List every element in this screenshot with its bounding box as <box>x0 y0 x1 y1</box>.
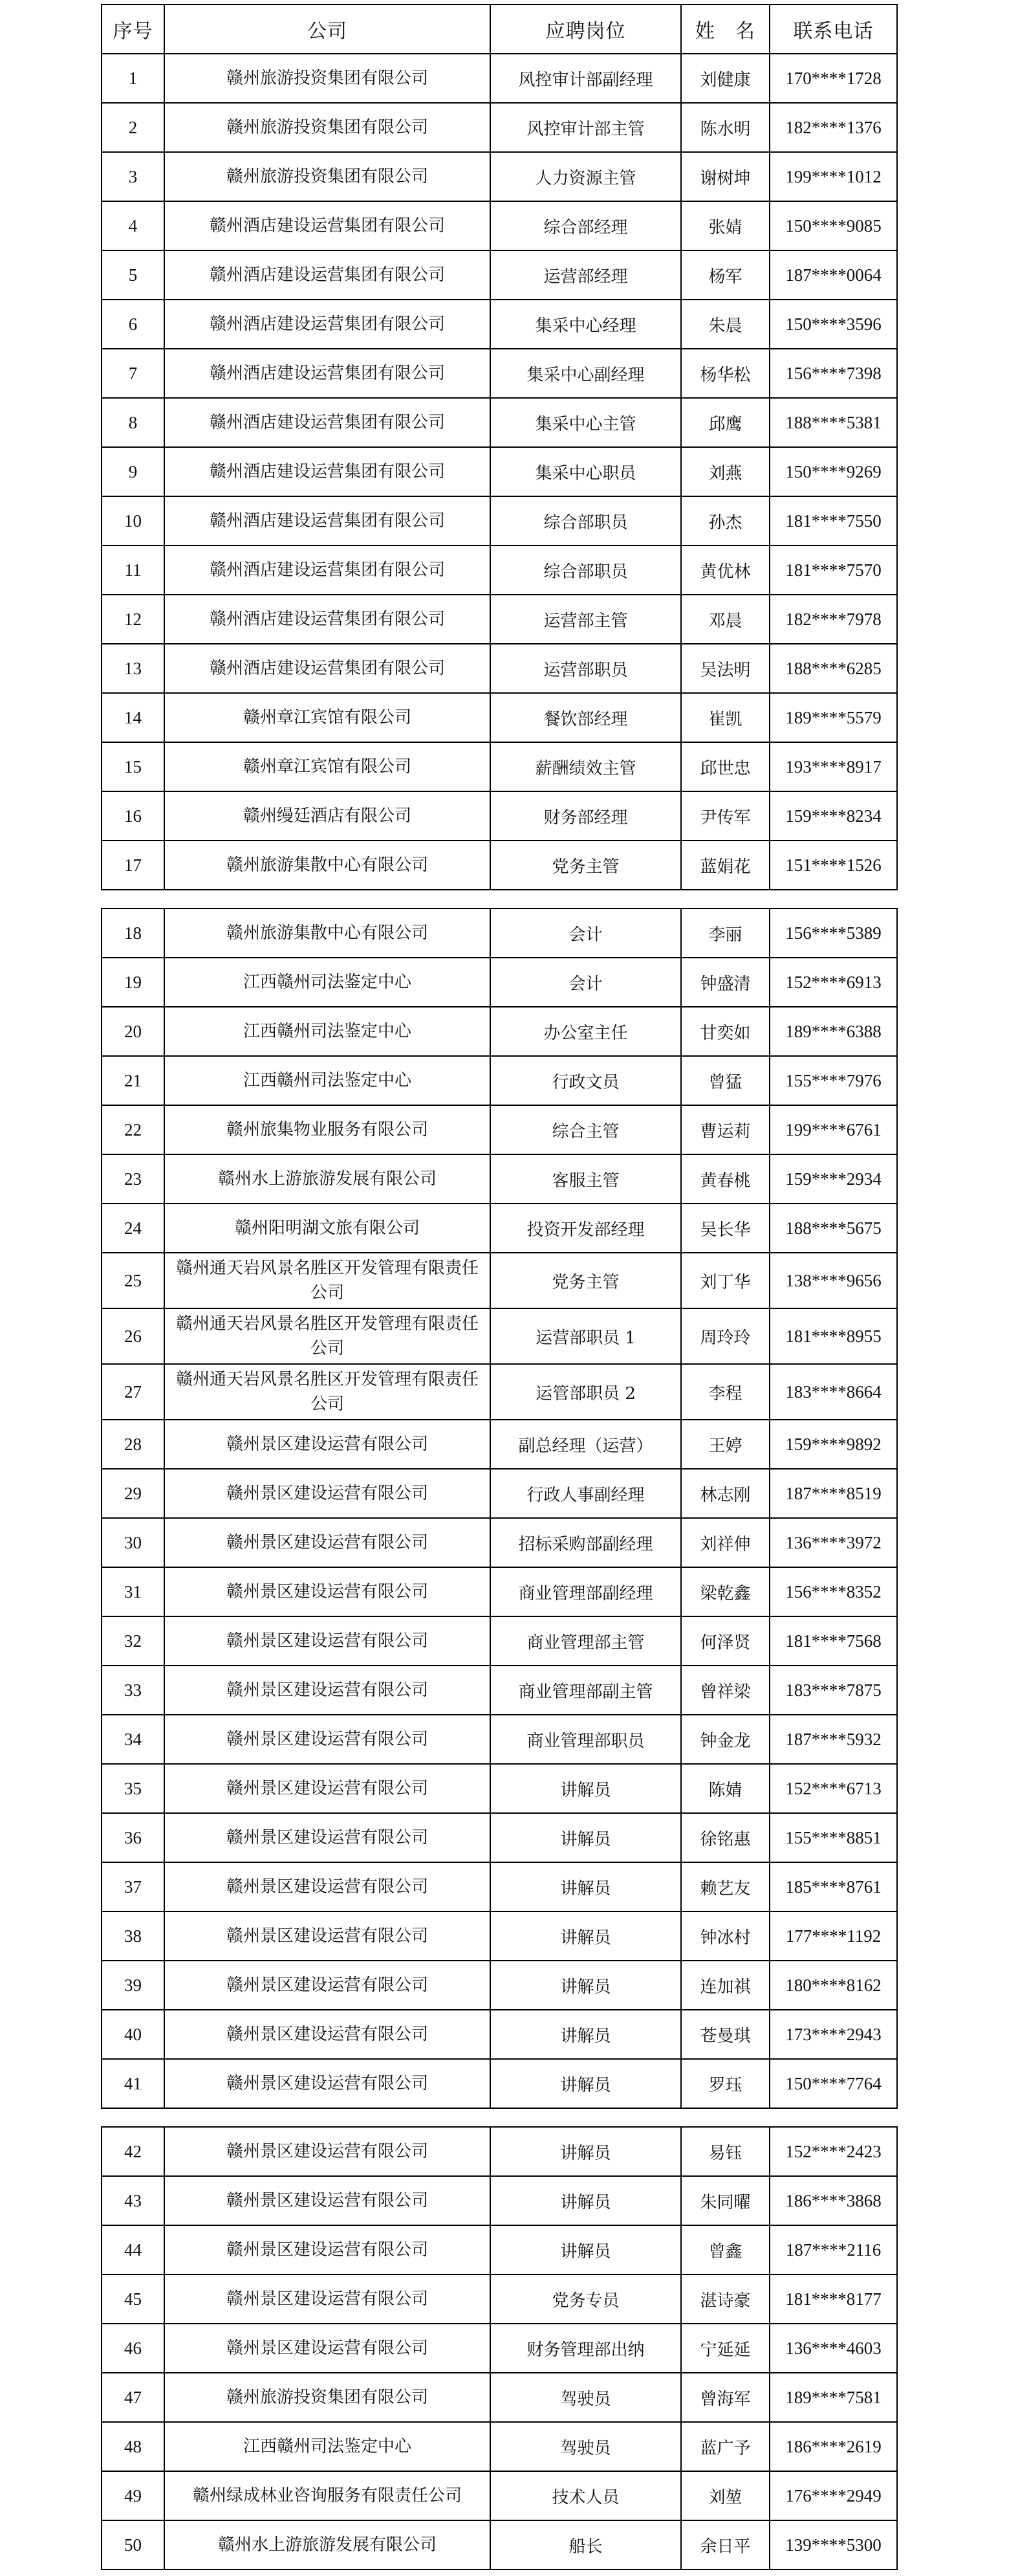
cell-phone: 182****7978 <box>770 595 897 644</box>
cell-no: 34 <box>102 1715 164 1764</box>
cell-name: 邱鹰 <box>681 398 770 447</box>
table-row: 49赣州绿成林业咨询服务有限责任公司技术人员刘堃176****2949 <box>102 2471 897 2520</box>
cell-no: 19 <box>102 958 164 1007</box>
cell-name: 梁乾鑫 <box>681 1567 770 1616</box>
table-row: 23赣州水上游旅游发展有限公司客服主管黄春桃159****2934 <box>102 1154 897 1204</box>
cell-name: 崔凯 <box>681 693 770 742</box>
cell-name: 孙杰 <box>681 496 770 545</box>
cell-phone: 150****7764 <box>770 2059 897 2108</box>
cell-name: 邱世忠 <box>681 742 770 791</box>
cell-no: 12 <box>102 595 164 644</box>
cell-company: 赣州酒店建设运营集团有限公司 <box>164 250 490 300</box>
cell-position: 党务专员 <box>490 2274 681 2324</box>
cell-position: 集采中心主管 <box>490 398 681 447</box>
cell-phone: 183****8664 <box>770 1364 897 1420</box>
cell-phone: 173****2943 <box>770 2010 897 2059</box>
cell-name: 刘健康 <box>681 54 770 103</box>
cell-name: 王婷 <box>681 1420 770 1469</box>
cell-company: 赣州章江宾馆有限公司 <box>164 693 490 742</box>
cell-no: 45 <box>102 2274 164 2324</box>
table-row: 20江西赣州司法鉴定中心办公室主任甘奕如189****6388 <box>102 1007 897 1056</box>
table-row: 35赣州景区建设运营有限公司讲解员陈婧152****6713 <box>102 1764 897 1813</box>
cell-name: 刘丁华 <box>681 1253 770 1308</box>
cell-phone: 155****8851 <box>770 1813 897 1862</box>
cell-phone: 138****9656 <box>770 1253 897 1308</box>
cell-company: 赣州通天岩风景名胜区开发管理有限责任公司 <box>164 1308 490 1364</box>
table-row: 13赣州酒店建设运营集团有限公司运营部职员吴法明188****6285 <box>102 644 897 693</box>
table-body: 1赣州旅游投资集团有限公司风控审计部副经理刘健康170****17282赣州旅游… <box>102 54 897 890</box>
cell-no: 22 <box>102 1105 164 1154</box>
cell-company: 赣州景区建设运营有限公司 <box>164 1666 490 1715</box>
cell-phone: 150****9269 <box>770 447 897 496</box>
candidates-table-part-1: 序号 公司 应聘岗位 姓 名 联系电话 1赣州旅游投资集团有限公司风控审计部副经… <box>101 4 898 890</box>
cell-company: 赣州景区建设运营有限公司 <box>164 2059 490 2108</box>
table-row: 28赣州景区建设运营有限公司副总经理（运营）王婷159****9892 <box>102 1420 897 1469</box>
cell-position: 运营部职员 <box>490 644 681 693</box>
cell-phone: 189****6388 <box>770 1007 897 1056</box>
cell-name: 周玲玲 <box>681 1308 770 1364</box>
table-row: 42赣州景区建设运营有限公司讲解员易钰152****2423 <box>102 2127 897 2176</box>
table-row: 1赣州旅游投资集团有限公司风控审计部副经理刘健康170****1728 <box>102 54 897 103</box>
cell-phone: 159****2934 <box>770 1154 897 1204</box>
cell-position: 综合部职员 <box>490 496 681 545</box>
table-row: 11赣州酒店建设运营集团有限公司综合部职员黄优林181****7570 <box>102 545 897 595</box>
table-row: 6赣州酒店建设运营集团有限公司集采中心经理朱晨150****3596 <box>102 300 897 349</box>
cell-position: 综合主管 <box>490 1105 681 1154</box>
cell-position: 薪酬绩效主管 <box>490 742 681 791</box>
table-row: 24赣州阳明湖文旅有限公司投资开发部经理吴长华188****5675 <box>102 1204 897 1253</box>
table-row: 33赣州景区建设运营有限公司商业管理部副主管曾祥梁183****7875 <box>102 1666 897 1715</box>
cell-phone: 187****2116 <box>770 2225 897 2274</box>
cell-company: 赣州旅游投资集团有限公司 <box>164 152 490 201</box>
cell-position: 驾驶员 <box>490 2373 681 2422</box>
cell-name: 甘奕如 <box>681 1007 770 1056</box>
cell-name: 吴法明 <box>681 644 770 693</box>
cell-name: 罗珏 <box>681 2059 770 2108</box>
cell-name: 徐铭惠 <box>681 1813 770 1862</box>
cell-no: 26 <box>102 1308 164 1364</box>
cell-company: 赣州绿成林业咨询服务有限责任公司 <box>164 2471 490 2520</box>
cell-company: 赣州水上游旅游发展有限公司 <box>164 1154 490 1204</box>
cell-company: 赣州水上游旅游发展有限公司 <box>164 2520 490 2570</box>
cell-no: 2 <box>102 103 164 152</box>
cell-phone: 176****2949 <box>770 2471 897 2520</box>
cell-no: 18 <box>102 908 164 958</box>
header-name: 姓 名 <box>681 5 770 54</box>
table-row: 19江西赣州司法鉴定中心会计钟盛清152****6913 <box>102 958 897 1007</box>
table-row: 25赣州通天岩风景名胜区开发管理有限责任公司党务主管刘丁华138****9656 <box>102 1253 897 1308</box>
cell-no: 13 <box>102 644 164 693</box>
cell-phone: 199****6761 <box>770 1105 897 1154</box>
cell-position: 党务主管 <box>490 1253 681 1308</box>
cell-company: 赣州酒店建设运营集团有限公司 <box>164 595 490 644</box>
cell-company: 赣州景区建设运营有限公司 <box>164 2176 490 2225</box>
table-body: 42赣州景区建设运营有限公司讲解员易钰152****242343赣州景区建设运营… <box>102 2127 897 2570</box>
cell-name: 杨华松 <box>681 349 770 398</box>
cell-name: 连加祺 <box>681 1961 770 2010</box>
cell-name: 尹传军 <box>681 791 770 841</box>
cell-company: 赣州旅游集散中心有限公司 <box>164 908 490 958</box>
cell-company: 赣州章江宾馆有限公司 <box>164 742 490 791</box>
cell-position: 讲解员 <box>490 2010 681 2059</box>
cell-name: 李程 <box>681 1364 770 1420</box>
cell-position: 商业管理部副主管 <box>490 1666 681 1715</box>
cell-phone: 155****7976 <box>770 1056 897 1105</box>
cell-phone: 187****5932 <box>770 1715 897 1764</box>
cell-position: 驾驶员 <box>490 2422 681 2471</box>
cell-no: 1 <box>102 54 164 103</box>
cell-no: 5 <box>102 250 164 300</box>
cell-no: 17 <box>102 841 164 890</box>
cell-position: 运营部经理 <box>490 250 681 300</box>
cell-no: 37 <box>102 1862 164 1911</box>
cell-position: 党务主管 <box>490 841 681 890</box>
cell-no: 49 <box>102 2471 164 2520</box>
cell-company: 赣州景区建设运营有限公司 <box>164 1911 490 1961</box>
table-row: 29赣州景区建设运营有限公司行政人事副经理林志刚187****8519 <box>102 1469 897 1518</box>
cell-position: 行政人事副经理 <box>490 1469 681 1518</box>
cell-company: 赣州酒店建设运营集团有限公司 <box>164 349 490 398</box>
cell-company: 赣州酒店建设运营集团有限公司 <box>164 300 490 349</box>
cell-company: 赣州景区建设运营有限公司 <box>164 1518 490 1567</box>
cell-company: 赣州景区建设运营有限公司 <box>164 2324 490 2373</box>
cell-phone: 181****7550 <box>770 496 897 545</box>
cell-phone: 136****3972 <box>770 1518 897 1567</box>
cell-no: 44 <box>102 2225 164 2274</box>
cell-position: 人力资源主管 <box>490 152 681 201</box>
cell-company: 赣州酒店建设运营集团有限公司 <box>164 644 490 693</box>
table-row: 12赣州酒店建设运营集团有限公司运营部主管邓晨182****7978 <box>102 595 897 644</box>
cell-name: 杨军 <box>681 250 770 300</box>
cell-phone: 159****8234 <box>770 791 897 841</box>
cell-position: 讲解员 <box>490 2225 681 2274</box>
table-row: 17赣州旅游集散中心有限公司党务主管蓝娟花151****1526 <box>102 841 897 890</box>
cell-position: 讲解员 <box>490 1862 681 1911</box>
cell-position: 办公室主任 <box>490 1007 681 1056</box>
cell-company: 赣州景区建设运营有限公司 <box>164 2127 490 2176</box>
cell-name: 钟冰村 <box>681 1911 770 1961</box>
cell-no: 43 <box>102 2176 164 2225</box>
cell-position: 讲解员 <box>490 1911 681 1961</box>
cell-name: 曹运莉 <box>681 1105 770 1154</box>
cell-name: 何泽贤 <box>681 1616 770 1666</box>
cell-name: 刘燕 <box>681 447 770 496</box>
cell-name: 易钰 <box>681 2127 770 2176</box>
cell-phone: 152****2423 <box>770 2127 897 2176</box>
cell-name: 曾猛 <box>681 1056 770 1105</box>
cell-phone: 188****6285 <box>770 644 897 693</box>
cell-phone: 186****3868 <box>770 2176 897 2225</box>
header-phone: 联系电话 <box>770 5 897 54</box>
cell-phone: 170****1728 <box>770 54 897 103</box>
cell-no: 41 <box>102 2059 164 2108</box>
cell-name: 陈婧 <box>681 1764 770 1813</box>
cell-company: 赣州酒店建设运营集团有限公司 <box>164 398 490 447</box>
cell-position: 运营部职员 1 <box>490 1308 681 1364</box>
cell-position: 商业管理部副经理 <box>490 1567 681 1616</box>
cell-no: 32 <box>102 1616 164 1666</box>
cell-phone: 180****8162 <box>770 1961 897 2010</box>
cell-phone: 193****8917 <box>770 742 897 791</box>
cell-name: 刘堃 <box>681 2471 770 2520</box>
cell-position: 讲解员 <box>490 2059 681 2108</box>
header-position: 应聘岗位 <box>490 5 681 54</box>
candidates-table-part-3: 42赣州景区建设运营有限公司讲解员易钰152****242343赣州景区建设运营… <box>101 2126 898 2570</box>
table-row: 21江西赣州司法鉴定中心行政文员曾猛155****7976 <box>102 1056 897 1105</box>
table-row: 47赣州旅游投资集团有限公司驾驶员曾海军189****7581 <box>102 2373 897 2422</box>
table-row: 26赣州通天岩风景名胜区开发管理有限责任公司运营部职员 1周玲玲181****8… <box>102 1308 897 1364</box>
cell-no: 25 <box>102 1253 164 1308</box>
table-row: 38赣州景区建设运营有限公司讲解员钟冰村177****1192 <box>102 1911 897 1961</box>
cell-no: 27 <box>102 1364 164 1420</box>
cell-name: 张婧 <box>681 201 770 250</box>
cell-name: 钟金龙 <box>681 1715 770 1764</box>
cell-no: 11 <box>102 545 164 595</box>
cell-position: 船长 <box>490 2520 681 2570</box>
cell-phone: 152****6713 <box>770 1764 897 1813</box>
cell-phone: 186****2619 <box>770 2422 897 2471</box>
cell-phone: 177****1192 <box>770 1911 897 1961</box>
cell-phone: 150****3596 <box>770 300 897 349</box>
cell-name: 刘祥伸 <box>681 1518 770 1567</box>
table-row: 30赣州景区建设运营有限公司招标采购部副经理刘祥伸136****3972 <box>102 1518 897 1567</box>
cell-phone: 199****1012 <box>770 152 897 201</box>
cell-position: 财务部经理 <box>490 791 681 841</box>
cell-name: 黄春桃 <box>681 1154 770 1204</box>
table-row: 32赣州景区建设运营有限公司商业管理部主管何泽贤181****7568 <box>102 1616 897 1666</box>
cell-company: 赣州旅游集散中心有限公司 <box>164 841 490 890</box>
table-row: 50赣州水上游旅游发展有限公司船长余日平139****5300 <box>102 2520 897 2570</box>
cell-name: 赖艺友 <box>681 1862 770 1911</box>
cell-no: 23 <box>102 1154 164 1204</box>
cell-name: 宁延延 <box>681 2324 770 2373</box>
cell-name: 朱晨 <box>681 300 770 349</box>
cell-no: 50 <box>102 2520 164 2570</box>
cell-position: 风控审计部主管 <box>490 103 681 152</box>
cell-company: 赣州酒店建设运营集团有限公司 <box>164 201 490 250</box>
cell-company: 赣州景区建设运营有限公司 <box>164 2274 490 2324</box>
table-row: 8赣州酒店建设运营集团有限公司集采中心主管邱鹰188****5381 <box>102 398 897 447</box>
cell-no: 8 <box>102 398 164 447</box>
cell-no: 31 <box>102 1567 164 1616</box>
cell-phone: 181****7568 <box>770 1616 897 1666</box>
cell-company: 江西赣州司法鉴定中心 <box>164 2422 490 2471</box>
cell-phone: 156****8352 <box>770 1567 897 1616</box>
cell-phone: 189****7581 <box>770 2373 897 2422</box>
cell-phone: 181****7570 <box>770 545 897 595</box>
table-row: 46赣州景区建设运营有限公司财务管理部出纳宁延延136****4603 <box>102 2324 897 2373</box>
table-row: 22赣州旅集物业服务有限公司综合主管曹运莉199****6761 <box>102 1105 897 1154</box>
header-company: 公司 <box>164 5 490 54</box>
table-row: 2赣州旅游投资集团有限公司风控审计部主管陈水明182****1376 <box>102 103 897 152</box>
cell-position: 招标采购部副经理 <box>490 1518 681 1567</box>
table-row: 39赣州景区建设运营有限公司讲解员连加祺180****8162 <box>102 1961 897 2010</box>
cell-company: 赣州景区建设运营有限公司 <box>164 1764 490 1813</box>
cell-company: 赣州酒店建设运营集团有限公司 <box>164 496 490 545</box>
table-body: 18赣州旅游集散中心有限公司会计李丽156****538919江西赣州司法鉴定中… <box>102 908 897 2108</box>
cell-company: 赣州景区建设运营有限公司 <box>164 1961 490 2010</box>
cell-company: 赣州景区建设运营有限公司 <box>164 1715 490 1764</box>
cell-company: 赣州通天岩风景名胜区开发管理有限责任公司 <box>164 1364 490 1420</box>
table-row: 40赣州景区建设运营有限公司讲解员苍曼琪173****2943 <box>102 2010 897 2059</box>
cell-phone: 181****8955 <box>770 1308 897 1364</box>
cell-no: 20 <box>102 1007 164 1056</box>
table-row: 4赣州酒店建设运营集团有限公司综合部经理张婧150****9085 <box>102 201 897 250</box>
cell-phone: 188****5675 <box>770 1204 897 1253</box>
cell-phone: 189****5579 <box>770 693 897 742</box>
cell-company: 赣州阳明湖文旅有限公司 <box>164 1204 490 1253</box>
table-row: 44赣州景区建设运营有限公司讲解员曾鑫187****2116 <box>102 2225 897 2274</box>
cell-position: 集采中心职员 <box>490 447 681 496</box>
cell-phone: 150****9085 <box>770 201 897 250</box>
cell-company: 赣州酒店建设运营集团有限公司 <box>164 447 490 496</box>
cell-phone: 187****0064 <box>770 250 897 300</box>
table-row: 37赣州景区建设运营有限公司讲解员赖艺友185****8761 <box>102 1862 897 1911</box>
cell-company: 赣州旅游投资集团有限公司 <box>164 54 490 103</box>
cell-position: 综合部职员 <box>490 545 681 595</box>
table-header-row: 序号 公司 应聘岗位 姓 名 联系电话 <box>102 5 897 54</box>
cell-position: 副总经理（运营） <box>490 1420 681 1469</box>
cell-name: 李丽 <box>681 908 770 958</box>
cell-no: 3 <box>102 152 164 201</box>
table-row: 41赣州景区建设运营有限公司讲解员罗珏150****7764 <box>102 2059 897 2108</box>
cell-position: 运营部主管 <box>490 595 681 644</box>
cell-name: 黄优林 <box>681 545 770 595</box>
cell-company: 赣州旅游投资集团有限公司 <box>164 103 490 152</box>
cell-no: 4 <box>102 201 164 250</box>
cell-company: 赣州旅集物业服务有限公司 <box>164 1105 490 1154</box>
cell-phone: 156****7398 <box>770 349 897 398</box>
cell-no: 42 <box>102 2127 164 2176</box>
cell-company: 赣州通天岩风景名胜区开发管理有限责任公司 <box>164 1253 490 1308</box>
cell-position: 商业管理部主管 <box>490 1616 681 1666</box>
cell-no: 40 <box>102 2010 164 2059</box>
cell-phone: 183****7875 <box>770 1666 897 1715</box>
cell-position: 风控审计部副经理 <box>490 54 681 103</box>
cell-position: 讲解员 <box>490 1813 681 1862</box>
cell-company: 赣州景区建设运营有限公司 <box>164 2010 490 2059</box>
table-row: 48江西赣州司法鉴定中心驾驶员蓝广予186****2619 <box>102 2422 897 2471</box>
table-row: 10赣州酒店建设运营集团有限公司综合部职员孙杰181****7550 <box>102 496 897 545</box>
cell-no: 21 <box>102 1056 164 1105</box>
cell-position: 运管部职员 2 <box>490 1364 681 1420</box>
cell-no: 46 <box>102 2324 164 2373</box>
cell-no: 38 <box>102 1911 164 1961</box>
table-row: 5赣州酒店建设运营集团有限公司运营部经理杨军187****0064 <box>102 250 897 300</box>
table-row: 3赣州旅游投资集团有限公司人力资源主管谢树坤199****1012 <box>102 152 897 201</box>
cell-name: 湛诗豪 <box>681 2274 770 2324</box>
cell-no: 29 <box>102 1469 164 1518</box>
cell-name: 林志刚 <box>681 1469 770 1518</box>
table-row: 34赣州景区建设运营有限公司商业管理部职员钟金龙187****5932 <box>102 1715 897 1764</box>
table-row: 27赣州通天岩风景名胜区开发管理有限责任公司运管部职员 2李程183****86… <box>102 1364 897 1420</box>
cell-position: 会计 <box>490 908 681 958</box>
cell-phone: 185****8761 <box>770 1862 897 1911</box>
cell-position: 讲解员 <box>490 2176 681 2225</box>
cell-phone: 136****4603 <box>770 2324 897 2373</box>
cell-position: 讲解员 <box>490 2127 681 2176</box>
cell-no: 48 <box>102 2422 164 2471</box>
cell-position: 综合部经理 <box>490 201 681 250</box>
cell-phone: 152****6913 <box>770 958 897 1007</box>
cell-company: 江西赣州司法鉴定中心 <box>164 958 490 1007</box>
cell-no: 15 <box>102 742 164 791</box>
cell-name: 钟盛清 <box>681 958 770 1007</box>
cell-phone: 151****1526 <box>770 841 897 890</box>
cell-company: 赣州旅游投资集团有限公司 <box>164 2373 490 2422</box>
cell-company: 赣州景区建设运营有限公司 <box>164 1813 490 1862</box>
cell-position: 财务管理部出纳 <box>490 2324 681 2373</box>
cell-name: 吴长华 <box>681 1204 770 1253</box>
cell-name: 邓晨 <box>681 595 770 644</box>
cell-phone: 139****5300 <box>770 2520 897 2570</box>
cell-company: 赣州景区建设运营有限公司 <box>164 1616 490 1666</box>
cell-company: 赣州缦廷酒店有限公司 <box>164 791 490 841</box>
cell-phone: 187****8519 <box>770 1469 897 1518</box>
cell-company: 江西赣州司法鉴定中心 <box>164 1056 490 1105</box>
table-row: 43赣州景区建设运营有限公司讲解员朱同曜186****3868 <box>102 2176 897 2225</box>
cell-company: 赣州景区建设运营有限公司 <box>164 2225 490 2274</box>
cell-no: 6 <box>102 300 164 349</box>
cell-name: 曾鑫 <box>681 2225 770 2274</box>
cell-name: 余日平 <box>681 2520 770 2570</box>
cell-name: 蓝娟花 <box>681 841 770 890</box>
cell-phone: 188****5381 <box>770 398 897 447</box>
cell-position: 客服主管 <box>490 1154 681 1204</box>
cell-company: 江西赣州司法鉴定中心 <box>164 1007 490 1056</box>
cell-name: 苍曼琪 <box>681 2010 770 2059</box>
cell-name: 曾祥梁 <box>681 1666 770 1715</box>
table-row: 16赣州缦廷酒店有限公司财务部经理尹传军159****8234 <box>102 791 897 841</box>
table-row: 45赣州景区建设运营有限公司党务专员湛诗豪181****8177 <box>102 2274 897 2324</box>
cell-company: 赣州景区建设运营有限公司 <box>164 1567 490 1616</box>
header-no: 序号 <box>102 5 164 54</box>
cell-position: 讲解员 <box>490 1764 681 1813</box>
cell-name: 谢树坤 <box>681 152 770 201</box>
cell-no: 47 <box>102 2373 164 2422</box>
cell-phone: 181****8177 <box>770 2274 897 2324</box>
cell-position: 行政文员 <box>490 1056 681 1105</box>
cell-position: 商业管理部职员 <box>490 1715 681 1764</box>
table-row: 14赣州章江宾馆有限公司餐饮部经理崔凯189****5579 <box>102 693 897 742</box>
cell-no: 33 <box>102 1666 164 1715</box>
cell-no: 10 <box>102 496 164 545</box>
candidates-table-part-2: 18赣州旅游集散中心有限公司会计李丽156****538919江西赣州司法鉴定中… <box>101 908 898 2109</box>
cell-no: 14 <box>102 693 164 742</box>
cell-name: 朱同曜 <box>681 2176 770 2225</box>
cell-phone: 156****5389 <box>770 908 897 958</box>
table-row: 7赣州酒店建设运营集团有限公司集采中心副经理杨华松156****7398 <box>102 349 897 398</box>
cell-position: 集采中心副经理 <box>490 349 681 398</box>
cell-no: 35 <box>102 1764 164 1813</box>
table-row: 15赣州章江宾馆有限公司薪酬绩效主管邱世忠193****8917 <box>102 742 897 791</box>
table-row: 36赣州景区建设运营有限公司讲解员徐铭惠155****8851 <box>102 1813 897 1862</box>
cell-position: 投资开发部经理 <box>490 1204 681 1253</box>
cell-name: 陈水明 <box>681 103 770 152</box>
cell-name: 曾海军 <box>681 2373 770 2422</box>
cell-company: 赣州景区建设运营有限公司 <box>164 1420 490 1469</box>
cell-name: 蓝广予 <box>681 2422 770 2471</box>
table-row: 18赣州旅游集散中心有限公司会计李丽156****5389 <box>102 908 897 958</box>
cell-no: 30 <box>102 1518 164 1567</box>
cell-position: 会计 <box>490 958 681 1007</box>
cell-no: 7 <box>102 349 164 398</box>
cell-no: 16 <box>102 791 164 841</box>
cell-position: 技术人员 <box>490 2471 681 2520</box>
cell-company: 赣州景区建设运营有限公司 <box>164 1469 490 1518</box>
cell-position: 餐饮部经理 <box>490 693 681 742</box>
cell-position: 讲解员 <box>490 1961 681 2010</box>
